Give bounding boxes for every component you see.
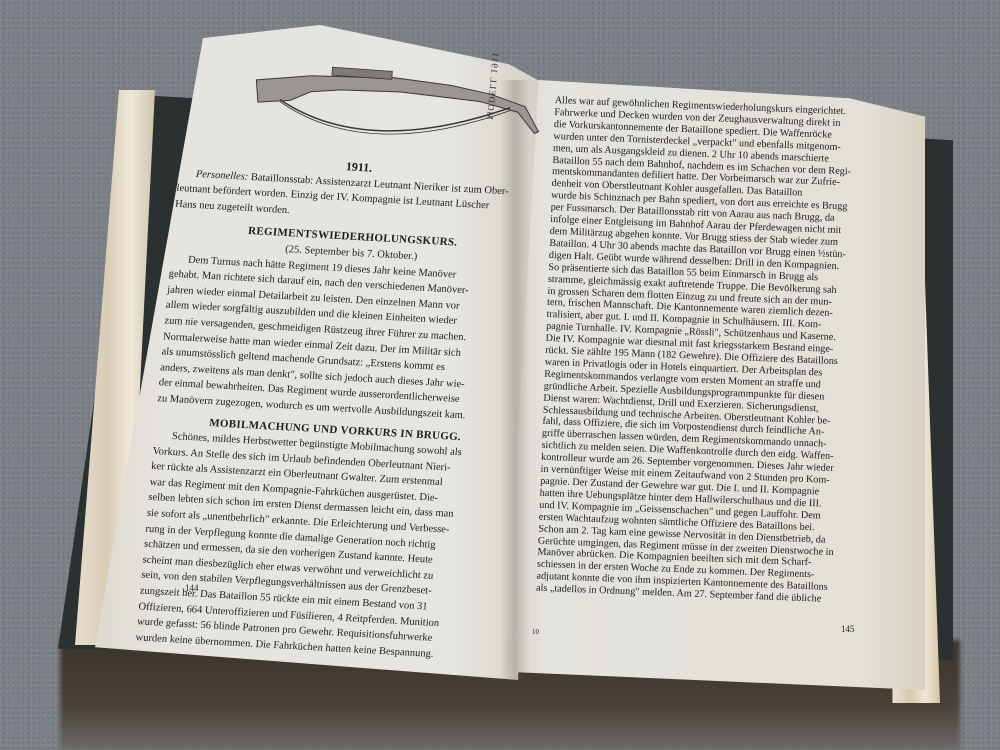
personnel-label: Personelles: <box>195 169 248 183</box>
right-page-number: 145 <box>841 624 855 634</box>
left-page-number: 144 <box>185 583 199 593</box>
right-page-text: Alles war auf gewöhnlichen Regimentswied… <box>536 95 915 609</box>
signature-mark: 10 <box>532 628 539 636</box>
